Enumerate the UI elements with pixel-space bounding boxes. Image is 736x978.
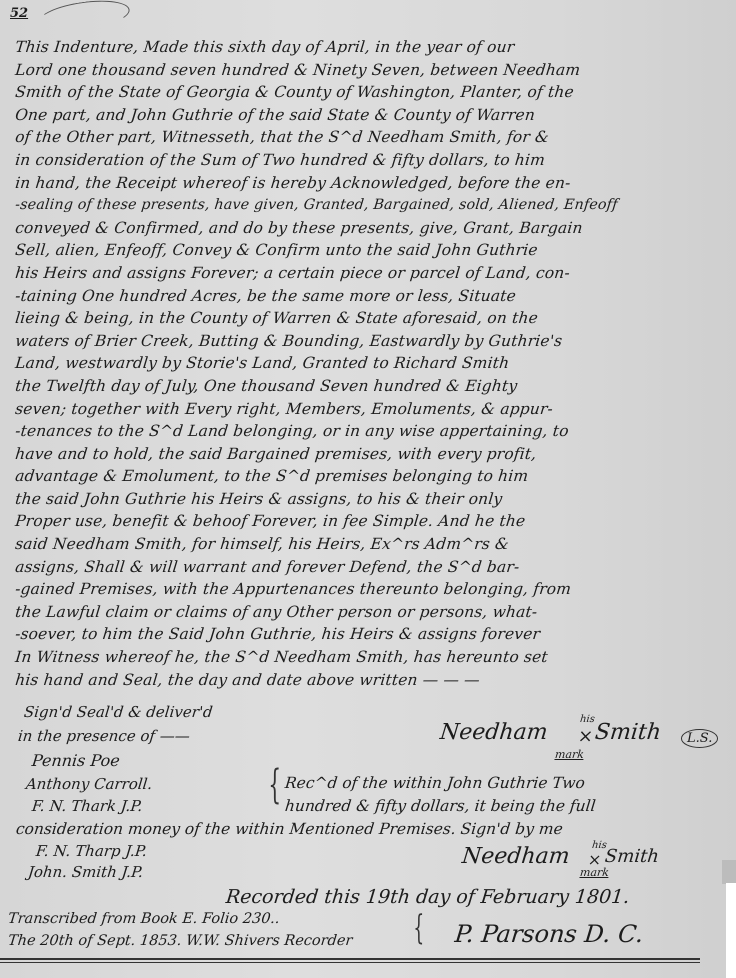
body-line: In Witness whereof he, the S^d Needham S… (14, 646, 728, 669)
body-line: the Twelfth day of July, One thousand Se… (14, 375, 728, 398)
signature-first-name: Needham (439, 720, 549, 745)
witness-name: Pennis Poe (31, 751, 121, 770)
signature-his: his (579, 714, 595, 725)
witness-name: F. N. Thark J.P. (31, 797, 143, 815)
body-line: -tenances to the S^d Land belonging, or … (14, 420, 728, 443)
deed-body: This Indenture, Made this sixth day of A… (14, 36, 726, 691)
body-line: seven; together with Every right, Member… (14, 398, 728, 421)
body-line: Smith of the State of Georgia & County o… (14, 81, 728, 104)
body-line: -sealing of these presents, have given, … (14, 194, 728, 217)
transcription-line-2: The 20th of Sept. 1853. W.W. Shivers Rec… (7, 933, 353, 949)
signature-mark-x: × (577, 726, 594, 747)
divider-rule (0, 958, 700, 960)
brace-glyph: { (268, 762, 281, 808)
receipt-line-2: hundred & fifty dollars, it being the fu… (284, 797, 596, 815)
transcription-line-1: Transcribed from Book E. Folio 230.. (7, 911, 280, 927)
receipt-line-1: Rec^d of the within John Guthrie Two (284, 774, 586, 792)
body-line: waters of Brier Creek, Butting & Boundin… (14, 330, 728, 353)
signature-mark-label: mark (554, 748, 584, 761)
body-line: Sell, alien, Enfeoff, Convey & Confirm u… (14, 239, 728, 262)
body-line: in consideration of the Sum of Two hundr… (14, 149, 728, 172)
body-line: lieing & being, in the County of Warren … (14, 307, 728, 330)
signature-mark-label: mark (579, 866, 609, 879)
seal-stamp: L.S. (681, 729, 718, 748)
scan-edge-blank (726, 883, 736, 978)
receipt-witness: John. Smith J.P. (27, 863, 144, 881)
signature-first-name: Needham (461, 844, 571, 869)
attestation-line-2: in the presence of —— (17, 727, 191, 745)
deed-page: 52 This Indenture, Made this sixth day o… (0, 0, 736, 978)
receipt-witness: F. N. Tharp J.P. (35, 842, 148, 860)
body-line: conveyed & Confirmed, and do by these pr… (14, 217, 728, 240)
body-line: his Heirs and assigns Forever; a certain… (14, 262, 728, 285)
body-line: his hand and Seal, the day and date abov… (14, 669, 728, 692)
body-line: -soever, to him the Said John Guthrie, h… (14, 623, 728, 646)
body-line: the Lawful claim or claims of any Other … (14, 601, 728, 624)
receipt-line-3: consideration money of the within Mentio… (15, 820, 564, 838)
divider-rule (0, 962, 700, 963)
body-line: have and to hold, the said Bargained pre… (14, 443, 728, 466)
body-line: assigns, Shall & will warrant and foreve… (14, 556, 728, 579)
flourish-decoration (36, 0, 131, 36)
brace-glyph: { (413, 908, 424, 948)
attestation-line-1: Sign'd Seal'd & deliver'd (23, 703, 214, 721)
body-line: -gained Premises, with the Appurtenances… (14, 578, 728, 601)
body-line: One part, and John Guthrie of the said S… (14, 104, 728, 127)
scan-edge-shadow (722, 860, 736, 884)
body-line: -taining One hundred Acres, be the same … (14, 285, 728, 308)
witness-name: Anthony Carroll. (25, 775, 153, 793)
body-line: Lord one thousand seven hundred & Ninety… (14, 59, 728, 82)
body-line: advantage & Emolument, to the S^d premis… (14, 465, 728, 488)
page-number: 52 (10, 6, 28, 21)
recorded-line: Recorded this 19th day of February 1801. (225, 886, 631, 908)
clerk-signature: P. Parsons D. C. (454, 920, 645, 948)
signature-last-name: Smith (604, 846, 660, 867)
body-line: Land, westwardly by Storie's Land, Grant… (14, 352, 728, 375)
body-line: in hand, the Receipt whereof is hereby A… (14, 172, 728, 195)
body-line: of the Other part, Witnesseth, that the … (14, 126, 728, 149)
body-line: This Indenture, Made this sixth day of A… (14, 36, 728, 59)
signature-last-name: Smith (594, 720, 663, 745)
body-line: Proper use, benefit & behoof Forever, in… (14, 510, 728, 533)
body-line: said Needham Smith, for himself, his Hei… (14, 533, 728, 556)
body-line: the said John Guthrie his Heirs & assign… (14, 488, 728, 511)
